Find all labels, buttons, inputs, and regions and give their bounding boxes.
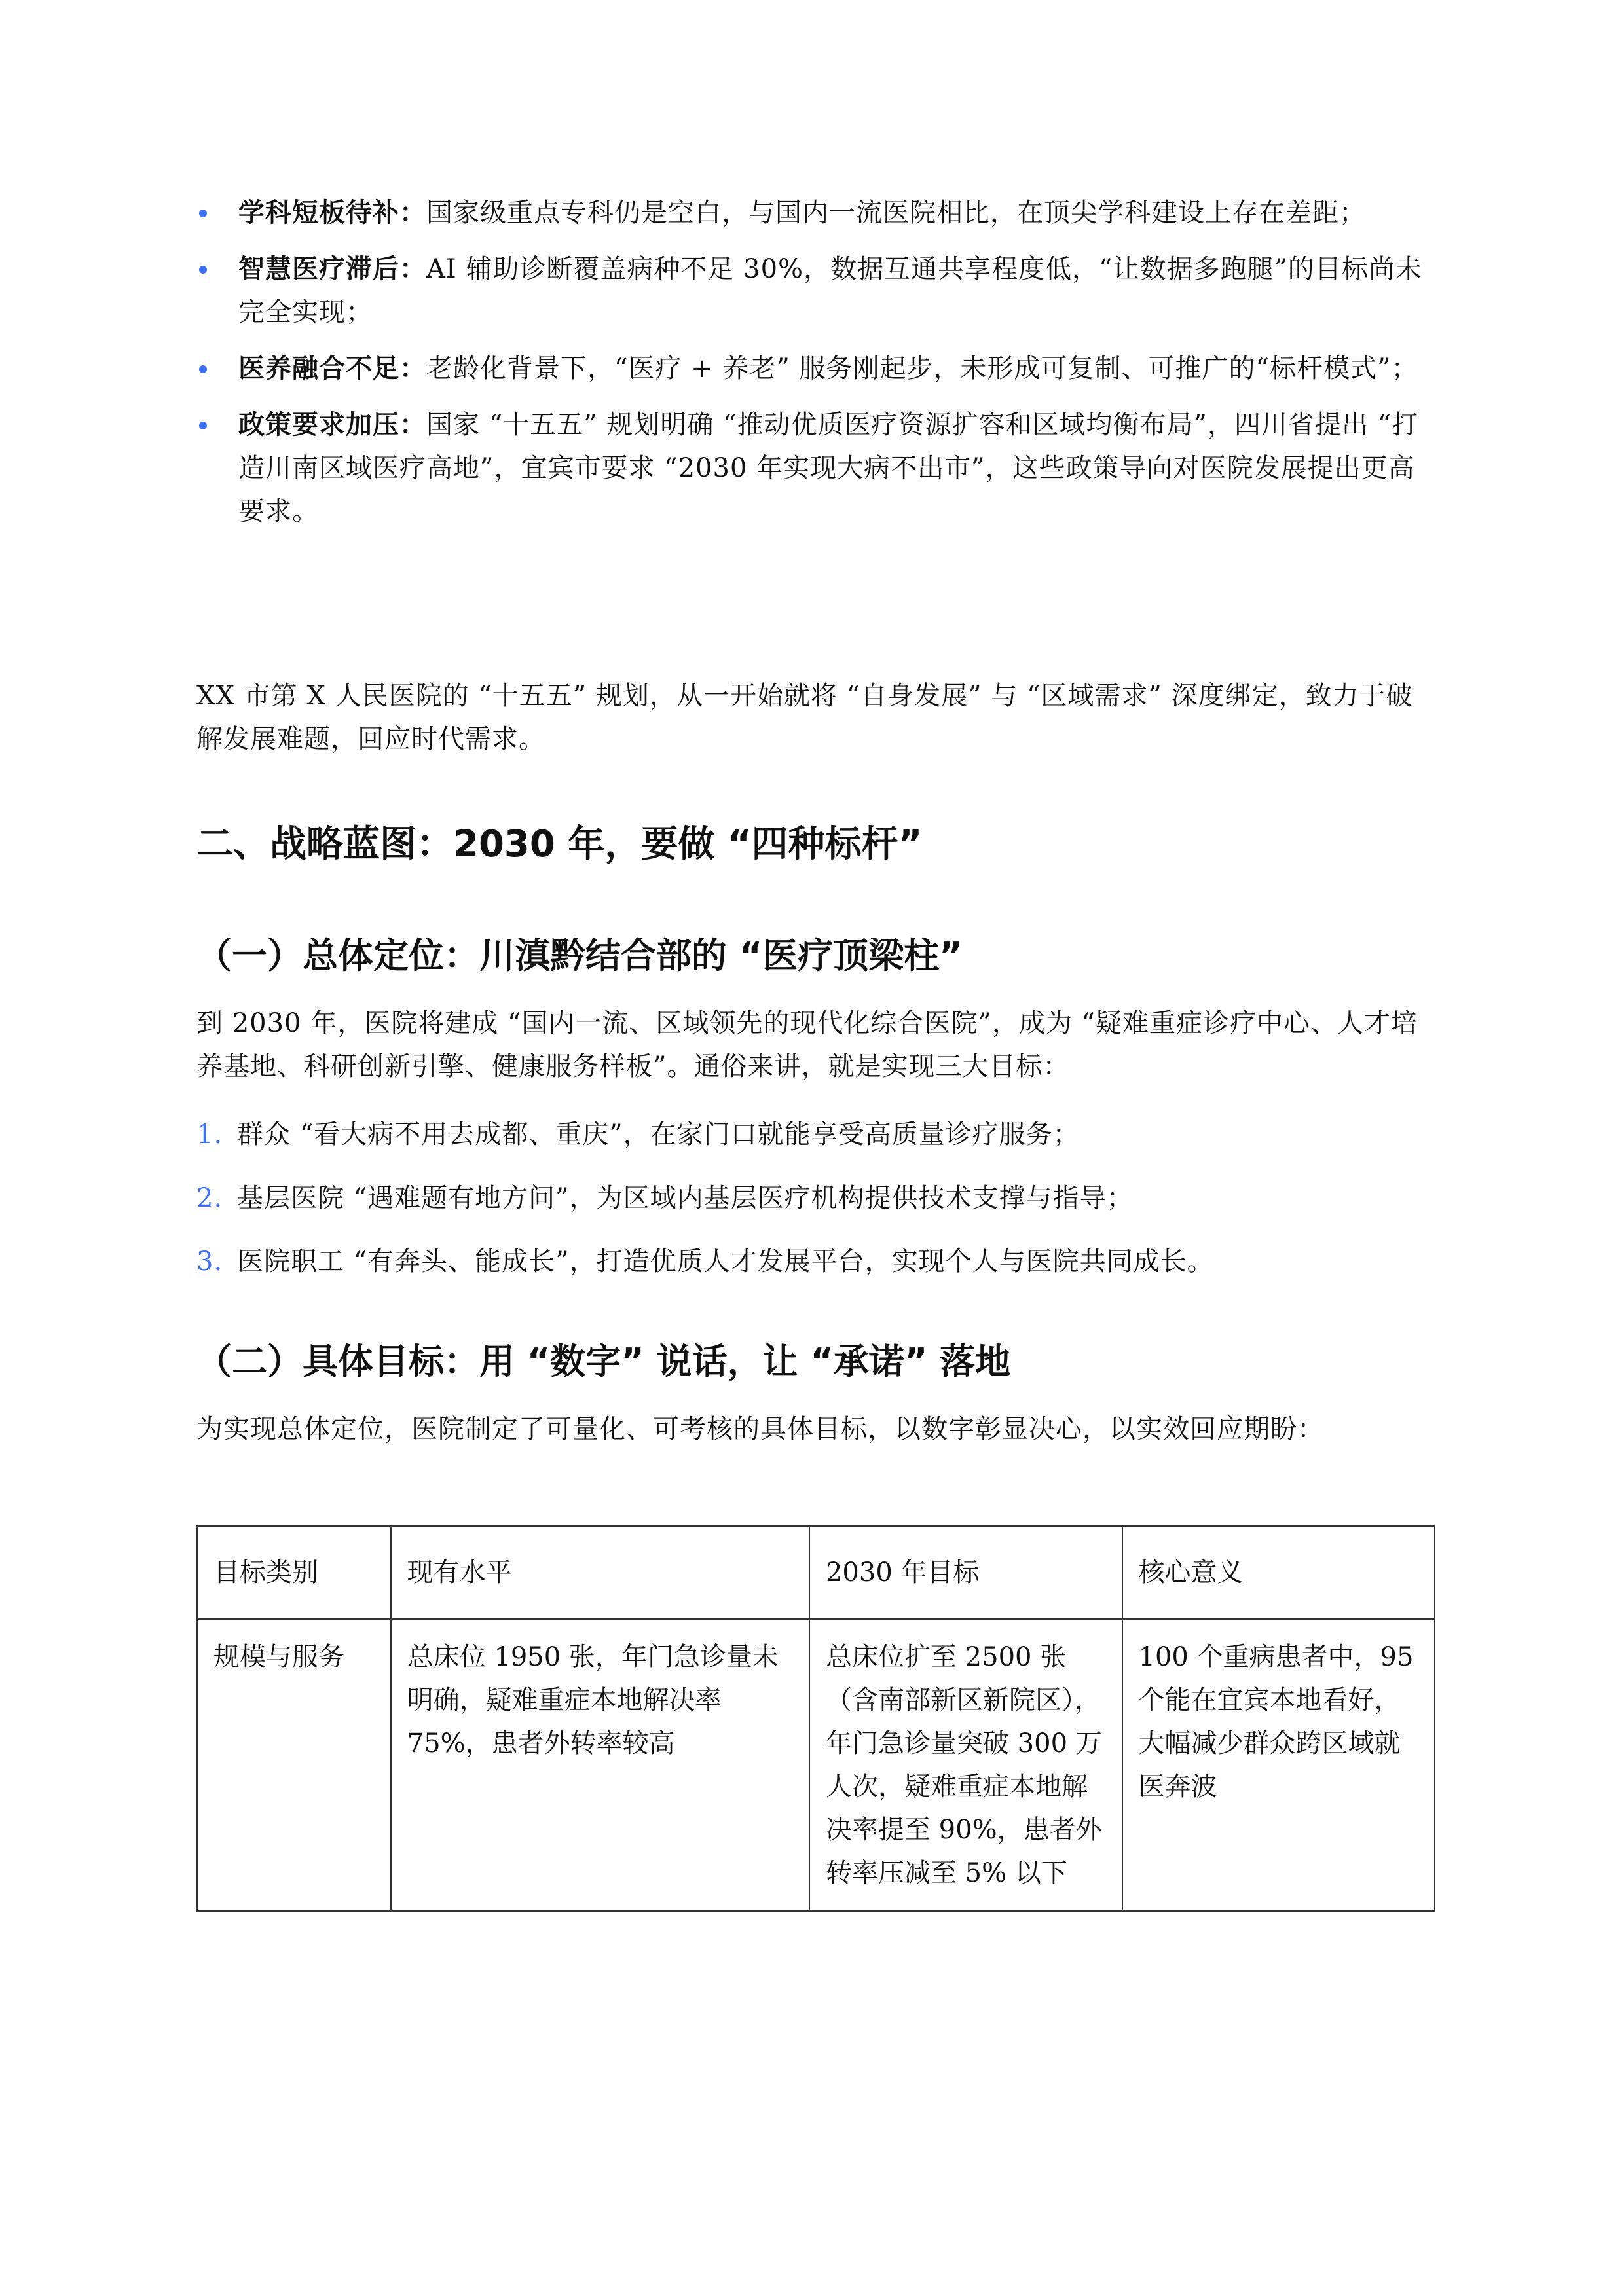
subsection-one-intro: 到 2030 年，医院将建成 “国内一流、区域领先的现代化综合医院”，成为 “疑… xyxy=(196,1002,1434,1088)
bullet-dot-icon xyxy=(199,266,207,274)
bullet-text: 老龄化背景下，“医疗 + 养老” 服务刚起步，未形成可复制、可推广的“标杆模式”… xyxy=(426,354,1418,384)
subsection-two-intro: 为实现总体定位，医院制定了可量化、可考核的具体目标，以数字彰显决心，以实效回应期… xyxy=(196,1408,1434,1451)
table-header-cell: 2030 年目标 xyxy=(809,1526,1122,1619)
goal-item: 1. 群众 “看大病不用去成都、重庆”，在家门口就能享受高质量诊疗服务； xyxy=(196,1113,1434,1156)
goal-number: 1. xyxy=(196,1113,223,1156)
challenge-bullet-list: 学科短板待补：国家级重点专科仍是空白，与国内一流医院相比，在顶尖学科建设上存在差… xyxy=(196,191,1434,546)
subsection-two-heading: （二）具体目标：用 “数字” 说话，让 “承诺” 落地 xyxy=(196,1336,1010,1388)
goal-text: 群众 “看大病不用去成都、重庆”，在家门口就能享受高质量诊疗服务； xyxy=(237,1120,1080,1150)
bullet-label: 医养融合不足： xyxy=(238,354,426,384)
goal-text: 基层医院 “遇难题有地方问”，为区域内基层医疗机构提供技术支撑与指导； xyxy=(237,1183,1134,1213)
bullet-text: 国家级重点专科仍是空白，与国内一流医院相比，在顶尖学科建设上存在差距； xyxy=(426,198,1366,228)
table-header-cell: 核心意义 xyxy=(1122,1526,1435,1619)
bullet-dot-icon xyxy=(199,210,207,217)
bullet-item: 学科短板待补：国家级重点专科仍是空白，与国内一流医院相比，在顶尖学科建设上存在差… xyxy=(196,191,1434,234)
table-header-cell: 现有水平 xyxy=(391,1526,809,1619)
bullet-item: 政策要求加压：国家 “十五五” 规划明确 “推动优质医疗资源扩容和区域均衡布局”… xyxy=(196,403,1434,533)
section-two-heading: 二、战略蓝图：2030 年，要做 “四种标杆” xyxy=(196,818,922,871)
goals-table: 目标类别 现有水平 2030 年目标 核心意义 规模与服务 总床位 1950 张… xyxy=(196,1525,1435,1912)
goal-number: 2. xyxy=(196,1176,223,1220)
bullet-dot-icon xyxy=(199,422,207,429)
goals-ordered-list: 1. 群众 “看大病不用去成都、重庆”，在家门口就能享受高质量诊疗服务； 2. … xyxy=(196,1113,1434,1303)
bullet-label: 学科短板待补： xyxy=(238,198,426,228)
goal-item: 2. 基层医院 “遇难题有地方问”，为区域内基层医疗机构提供技术支撑与指导； xyxy=(196,1176,1434,1220)
table-header-row: 目标类别 现有水平 2030 年目标 核心意义 xyxy=(197,1526,1435,1619)
bullet-dot-icon xyxy=(199,365,207,373)
table-cell: 规模与服务 xyxy=(197,1619,391,1911)
bullet-item: 智慧医疗滞后：AI 辅助诊断覆盖病种不足 30%，数据互通共享程度低，“让数据多… xyxy=(196,247,1434,334)
bullet-item: 医养融合不足：老龄化背景下，“医疗 + 养老” 服务刚起步，未形成可复制、可推广… xyxy=(196,347,1434,390)
goal-number: 3. xyxy=(196,1240,223,1283)
table-cell: 总床位 1950 张，年门急诊量未明确，疑难重症本地解决率 75%，患者外转率较… xyxy=(391,1619,809,1911)
bullet-label: 智慧医疗滞后： xyxy=(238,254,426,284)
goal-text: 医院职工 “有奔头、能成长”，打造优质人才发展平台，实现个人与医院共同成长。 xyxy=(237,1247,1214,1277)
subsection-one-heading: （一）总体定位：川滇黔结合部的 “医疗顶梁柱” xyxy=(196,930,963,982)
table-header-cell: 目标类别 xyxy=(197,1526,391,1619)
bullet-label: 政策要求加压： xyxy=(238,410,426,440)
table-cell: 总床位扩至 2500 张（含南部新区新院区），年门急诊量突破 300 万人次，疑… xyxy=(809,1619,1122,1911)
table-row: 规模与服务 总床位 1950 张，年门急诊量未明确，疑难重症本地解决率 75%，… xyxy=(197,1619,1435,1911)
summary-paragraph: XX 市第 X 人民医院的 “十五五” 规划，从一开始就将 “自身发展” 与 “… xyxy=(196,674,1434,761)
goal-item: 3. 医院职工 “有奔头、能成长”，打造优质人才发展平台，实现个人与医院共同成长… xyxy=(196,1240,1434,1283)
table-cell: 100 个重病患者中，95 个能在宜宾本地看好，大幅减少群众跨区域就医奔波 xyxy=(1122,1619,1435,1911)
